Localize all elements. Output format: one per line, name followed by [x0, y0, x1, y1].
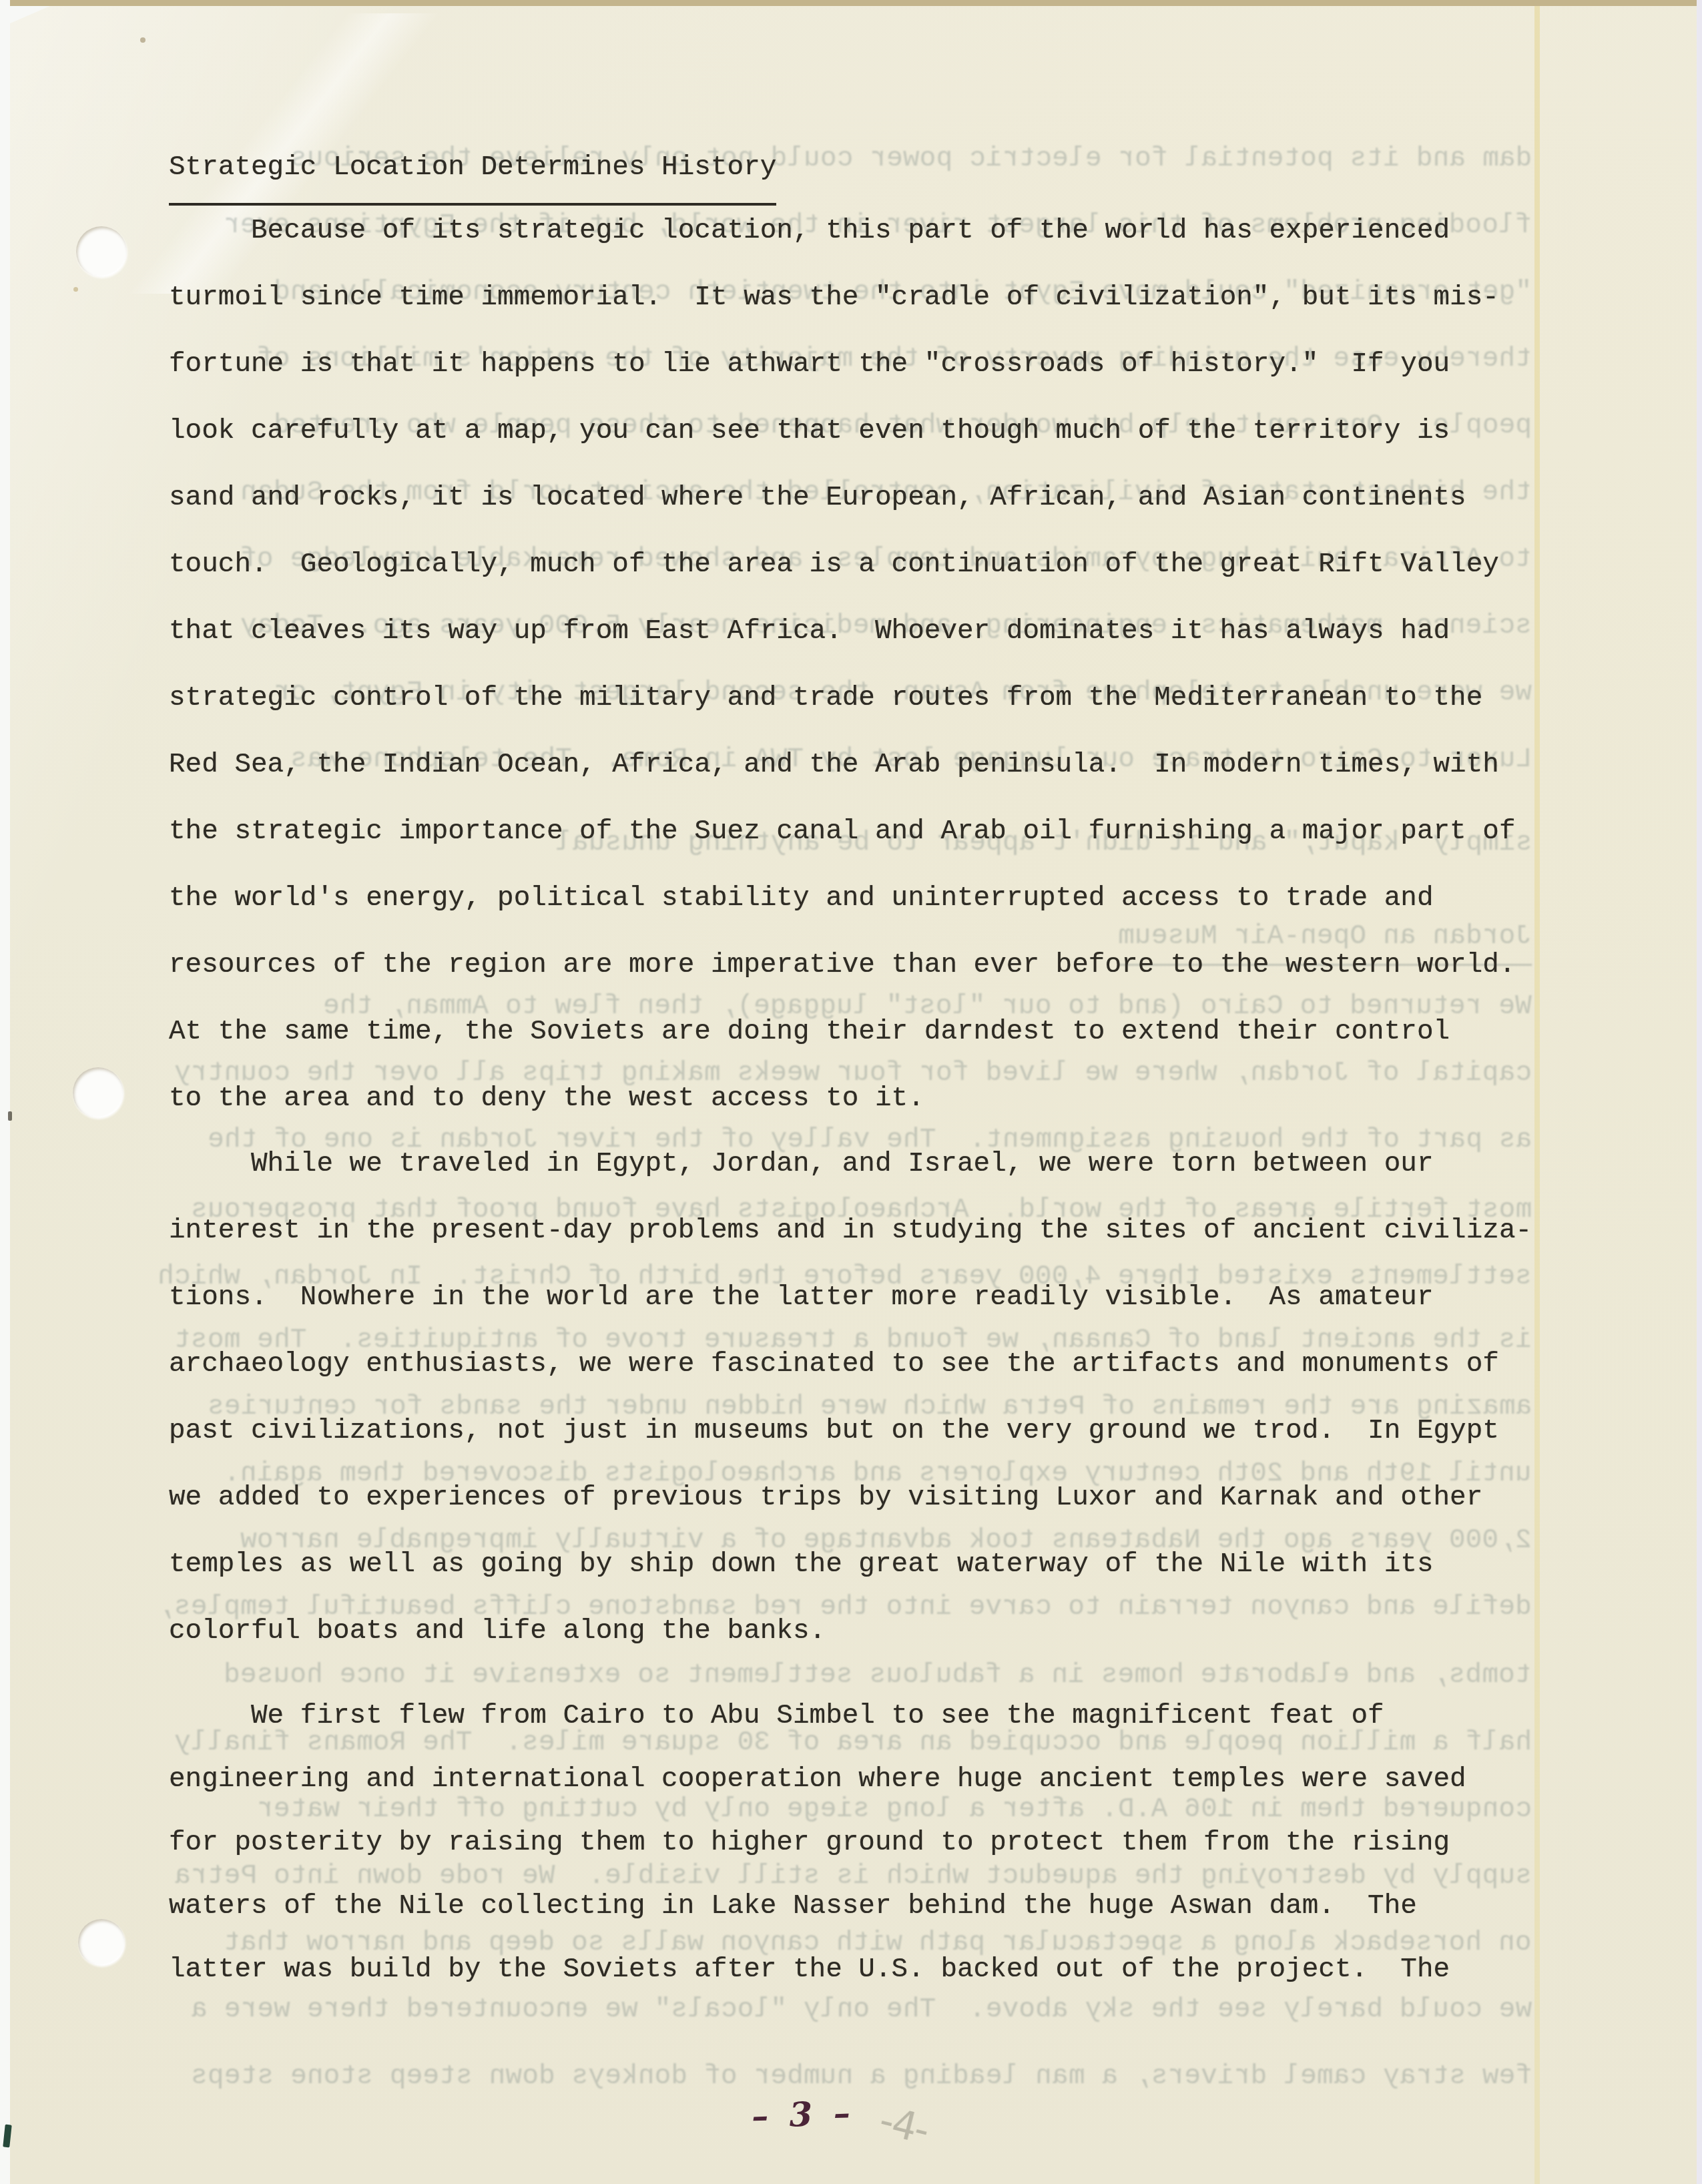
page-number: – 3 –	[751, 2093, 856, 2135]
typed-line: the world's energy, political stability …	[169, 865, 1516, 932]
typed-line: fortune is that it happens to lie athwar…	[169, 331, 1516, 398]
typed-line: latter was build by the Soviets after th…	[169, 1938, 1466, 2002]
paragraph-1: Because of its strategic location, this …	[169, 198, 1516, 1132]
paragraph-3: We first flew from Cairo to Abu Simbel t…	[169, 1685, 1466, 2002]
typed-line: sand and rocks, it is located where the …	[169, 465, 1516, 531]
typed-line: We first flew from Cairo to Abu Simbel t…	[169, 1685, 1466, 1748]
typed-line: While we traveled in Egypt, Jordan, and …	[169, 1131, 1532, 1197]
typed-line: Red Sea, the Indian Ocean, Africa, and t…	[169, 732, 1516, 798]
typed-line: we added to experiences of previous trip…	[169, 1464, 1532, 1531]
typed-line: resources of the region are more imperat…	[169, 932, 1516, 999]
typed-line: turmoil since time immemorial. It was th…	[169, 264, 1516, 331]
typed-line: strategic control of the military and tr…	[169, 665, 1516, 732]
typed-line: for posterity by raising them to higher …	[169, 1812, 1466, 1875]
bleedthrough-line: few stray camel drivers, a man leading a…	[191, 2061, 1532, 2092]
typed-line: tions. Nowhere in the world are the latt…	[169, 1264, 1532, 1331]
typed-line: interest in the present-day problems and…	[169, 1197, 1532, 1264]
section-heading: Strategic Location Determines History	[169, 151, 776, 184]
typed-line: temples as well as going by ship down th…	[169, 1531, 1532, 1598]
typed-line: look carefully at a map, you can see tha…	[169, 398, 1516, 465]
paragraph-2: While we traveled in Egypt, Jordan, and …	[169, 1131, 1532, 1665]
typed-line: the strategic importance of the Suez can…	[169, 798, 1516, 865]
typed-line: to the area and to deny the west access …	[169, 1065, 1516, 1132]
typed-line: archaeology enthusiasts, we were fascina…	[169, 1331, 1532, 1398]
typed-line: engineering and international cooperatio…	[169, 1748, 1466, 1812]
typed-line: touch. Geologically, much of the area is…	[169, 531, 1516, 598]
typed-line: Because of its strategic location, this …	[169, 198, 1516, 264]
typed-line: that cleaves its way up from East Africa…	[169, 598, 1516, 665]
typed-line: waters of the Nile collecting in Lake Na…	[169, 1875, 1466, 1938]
scanned-typewritten-page: { "page": { "heading": "Strategic Locati…	[0, 0, 1702, 2184]
typed-line: colorful boats and life along the banks.	[169, 1598, 1532, 1665]
typed-line: At the same time, the Soviets are doing …	[169, 999, 1516, 1065]
typed-line: past civilizations, not just in museums …	[169, 1398, 1532, 1464]
